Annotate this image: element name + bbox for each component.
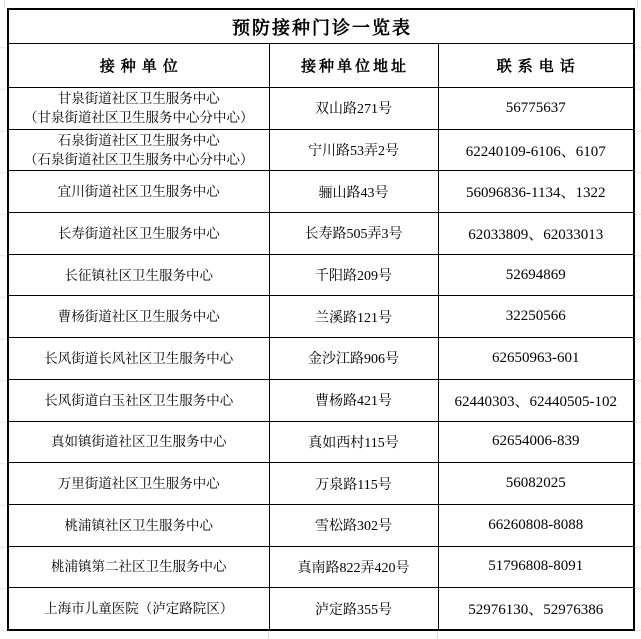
unit-cell: 曹杨街道社区卫生服务中心 — [8, 296, 269, 338]
table-row: 石泉街道社区卫生服务中心 （石泉街道社区卫生服务中心分中心） 宁川路53弄2号 … — [8, 129, 634, 171]
table-row: 上海市儿童医院（泸定路院区） 泸定路355号 52976130、52976386 — [8, 588, 634, 630]
phone-cell: 56096836-1134、1322 — [438, 171, 634, 213]
address-cell: 宁川路53弄2号 — [269, 129, 438, 171]
unit-cell: 长风街道长风社区卫生服务中心 — [8, 338, 269, 380]
phone-cell: 51796808-8091 — [438, 546, 634, 588]
unit-cell: 真如镇街道社区卫生服务中心 — [8, 421, 269, 463]
table-row: 桃浦镇第二社区卫生服务中心 真南路822弄420号 51796808-8091 — [8, 546, 634, 588]
address-cell: 真南路822弄420号 — [269, 546, 438, 588]
address-cell: 兰溪路121号 — [269, 296, 438, 338]
unit-cell: 桃浦镇第二社区卫生服务中心 — [8, 546, 269, 588]
unit-cell: 宜川街道社区卫生服务中心 — [8, 171, 269, 213]
column-header-phone: 联系电话 — [438, 44, 634, 88]
clinic-table-body: 甘泉街道社区卫生服务中心 （甘泉街道社区卫生服务中心分中心） 双山路271号 5… — [8, 88, 634, 631]
address-cell: 泸定路355号 — [269, 588, 438, 630]
vaccination-clinic-table: 预防接种门诊一览表 接种单位 接种单位地址 联系电话 甘泉街道社区卫生服务中心 … — [7, 8, 635, 631]
table-row: 桃浦镇社区卫生服务中心 雪松路302号 66260808-8088 — [8, 504, 634, 546]
table-row: 甘泉街道社区卫生服务中心 （甘泉街道社区卫生服务中心分中心） 双山路271号 5… — [8, 88, 634, 130]
table-row: 真如镇街道社区卫生服务中心 真如西村115号 62654006-839 — [8, 421, 634, 463]
phone-cell: 62240109-6106、6107 — [438, 129, 634, 171]
unit-cell: 长风街道白玉社区卫生服务中心 — [8, 379, 269, 421]
table-row: 宜川街道社区卫生服务中心 骊山路43号 56096836-1134、1322 — [8, 171, 634, 213]
address-cell: 千阳路209号 — [269, 254, 438, 296]
table-row: 长征镇社区卫生服务中心 千阳路209号 52694869 — [8, 254, 634, 296]
table-row: 长风街道白玉社区卫生服务中心 曹杨路421号 62440303、62440505… — [8, 379, 634, 421]
table-row: 曹杨街道社区卫生服务中心 兰溪路121号 32250566 — [8, 296, 634, 338]
column-header-address: 接种单位地址 — [269, 44, 438, 88]
table-title: 预防接种门诊一览表 — [8, 9, 634, 44]
phone-cell: 62650963-601 — [438, 338, 634, 380]
phone-cell: 52694869 — [438, 254, 634, 296]
phone-cell: 56082025 — [438, 463, 634, 505]
unit-cell: 长寿街道社区卫生服务中心 — [8, 213, 269, 255]
phone-cell: 62654006-839 — [438, 421, 634, 463]
unit-cell: 石泉街道社区卫生服务中心 （石泉街道社区卫生服务中心分中心） — [8, 129, 269, 171]
gridline-stub — [268, 632, 269, 639]
unit-cell: 桃浦镇社区卫生服务中心 — [8, 504, 269, 546]
table-row: 万里街道社区卫生服务中心 万泉路115号 56082025 — [8, 463, 634, 505]
table-row: 长风街道长风社区卫生服务中心 金沙江路906号 62650963-601 — [8, 338, 634, 380]
document-page: 预防接种门诊一览表 接种单位 接种单位地址 联系电话 甘泉街道社区卫生服务中心 … — [7, 8, 635, 631]
phone-cell: 32250566 — [438, 296, 634, 338]
address-cell: 万泉路115号 — [269, 463, 438, 505]
column-header-unit: 接种单位 — [8, 44, 269, 88]
phone-cell: 66260808-8088 — [438, 504, 634, 546]
table-title-row: 预防接种门诊一览表 — [8, 9, 634, 44]
gridline-stub — [4, 0, 5, 8]
address-cell: 骊山路43号 — [269, 171, 438, 213]
table-header-row: 接种单位 接种单位地址 联系电话 — [8, 44, 634, 88]
unit-cell: 长征镇社区卫生服务中心 — [8, 254, 269, 296]
phone-cell: 52976130、52976386 — [438, 588, 634, 630]
unit-cell: 甘泉街道社区卫生服务中心 （甘泉街道社区卫生服务中心分中心） — [8, 88, 269, 130]
phone-cell: 62033809、62033013 — [438, 213, 634, 255]
address-cell: 长寿路505弄3号 — [269, 213, 438, 255]
phone-cell: 62440303、62440505-102 — [438, 379, 634, 421]
unit-cell: 万里街道社区卫生服务中心 — [8, 463, 269, 505]
gridline-stub — [437, 632, 438, 639]
table-row: 长寿街道社区卫生服务中心 长寿路505弄3号 62033809、62033013 — [8, 213, 634, 255]
address-cell: 曹杨路421号 — [269, 379, 438, 421]
address-cell: 金沙江路906号 — [269, 338, 438, 380]
gridline-stub — [637, 0, 638, 8]
address-cell: 双山路271号 — [269, 88, 438, 130]
unit-cell: 上海市儿童医院（泸定路院区） — [8, 588, 269, 630]
address-cell: 真如西村115号 — [269, 421, 438, 463]
phone-cell: 56775637 — [438, 88, 634, 130]
address-cell: 雪松路302号 — [269, 504, 438, 546]
